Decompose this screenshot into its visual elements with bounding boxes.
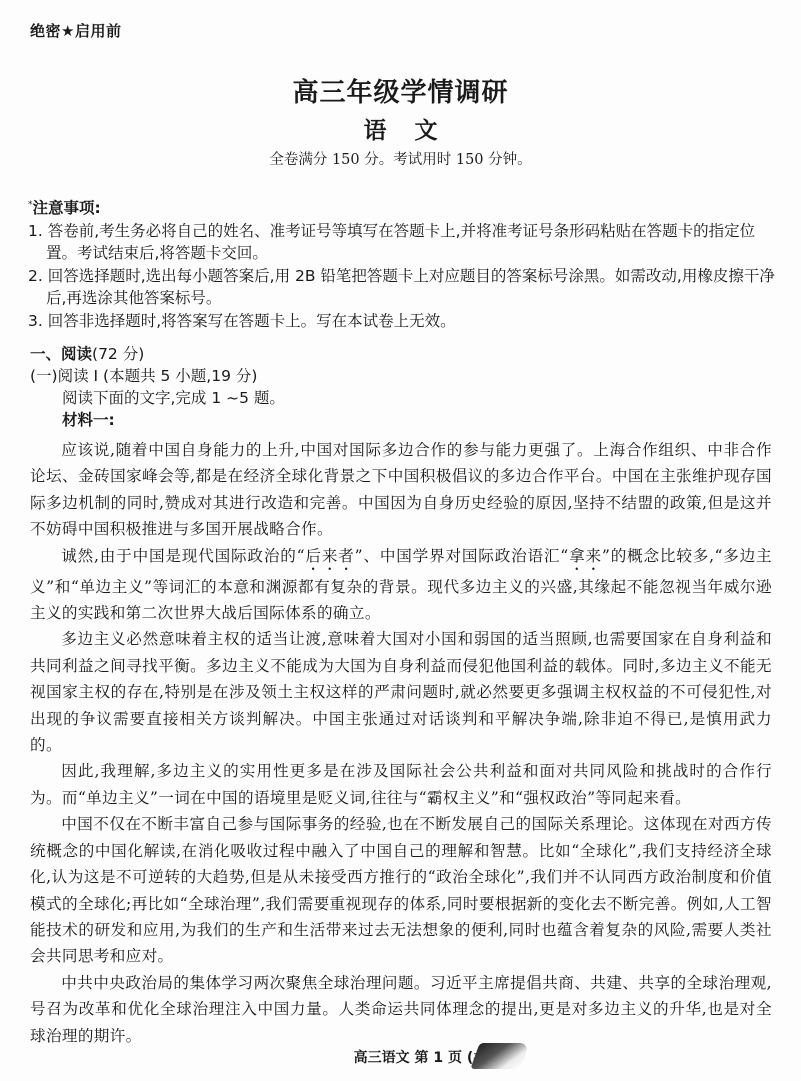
notice-item: 2. 回答选择题时,选出每小题答案后,用 2B 铅笔把答题卡上对应题目的答案标号… <box>28 265 778 310</box>
paragraph-3: 多边主义必然意味着主权的适当让渡,意味着大国对小国和弱国的适当照顾,也需要国家在… <box>30 626 772 758</box>
paragraph-1: 应该说,随着中国自身能力的上升,中国对国际多边合作的参与能力更强了。上海合作组织… <box>30 437 772 543</box>
exam-title: 高三年级学情调研 <box>0 72 801 109</box>
notice-item: 1. 答卷前,考生务必将自己的姓名、准考证号等填写在答题卡上,并将准考证号条形码… <box>28 220 778 265</box>
paragraph-6: 中共中央政治局的集体学习两次聚焦全球治理问题。习近平主席提倡共商、共建、共享的全… <box>30 970 772 1049</box>
material-label: 材料一: <box>30 409 780 431</box>
reading-section: 一、阅读(72 分) (一)阅读 I (本题共 5 小题,19 分) 阅读下面的… <box>30 343 780 431</box>
page-footer: 高三语文 第 1 页 (共 <box>0 1047 801 1067</box>
scan-smudge <box>471 1043 530 1069</box>
paragraph-2: 诚然,由于中国是现代国际政治的“后来者”、中国学界对国际政治语汇“拿来”的概念比… <box>30 543 772 627</box>
paragraph-5: 中国不仅在不断丰富自己参与国际事务的经验,也在不断发展自己的国际关系理论。这体现… <box>30 811 772 969</box>
instruction: 阅读下面的文字,完成 1 ~5 题。 <box>30 387 780 409</box>
subsection-title: (一)阅读 I (本题共 5 小题,19 分) <box>30 365 780 387</box>
emphasis-text: 后来者 <box>305 547 355 565</box>
paragraph-4: 因此,我理解,多边主义的实用性更多是在涉及国际社会公共利益和面对共同风险和挑战时… <box>30 758 772 811</box>
confidential-mark: 绝密★启用前 <box>30 20 121 41</box>
section-title: 一、阅读(72 分) <box>30 343 780 365</box>
notice-item: 3. 回答非选择题时,将答案写在答题卡上。写在本试卷上无效。 <box>28 310 778 333</box>
subject-title: 语文 <box>0 112 801 145</box>
page-number: 高三语文 第 1 页 ( <box>354 1050 474 1066</box>
passage: 应该说,随着中国自身能力的上升,中国对国际多边合作的参与能力更强了。上海合作组织… <box>30 437 772 1049</box>
notice-heading: *注意事项: <box>28 194 778 220</box>
notice-block: *注意事项: 1. 答卷前,考生务必将自己的姓名、准考证号等填写在答题卡上,并将… <box>28 194 778 332</box>
emphasis-text: 拿来 <box>569 547 602 565</box>
score-note: 全卷满分 150 分。考试用时 150 分钟。 <box>0 148 801 169</box>
